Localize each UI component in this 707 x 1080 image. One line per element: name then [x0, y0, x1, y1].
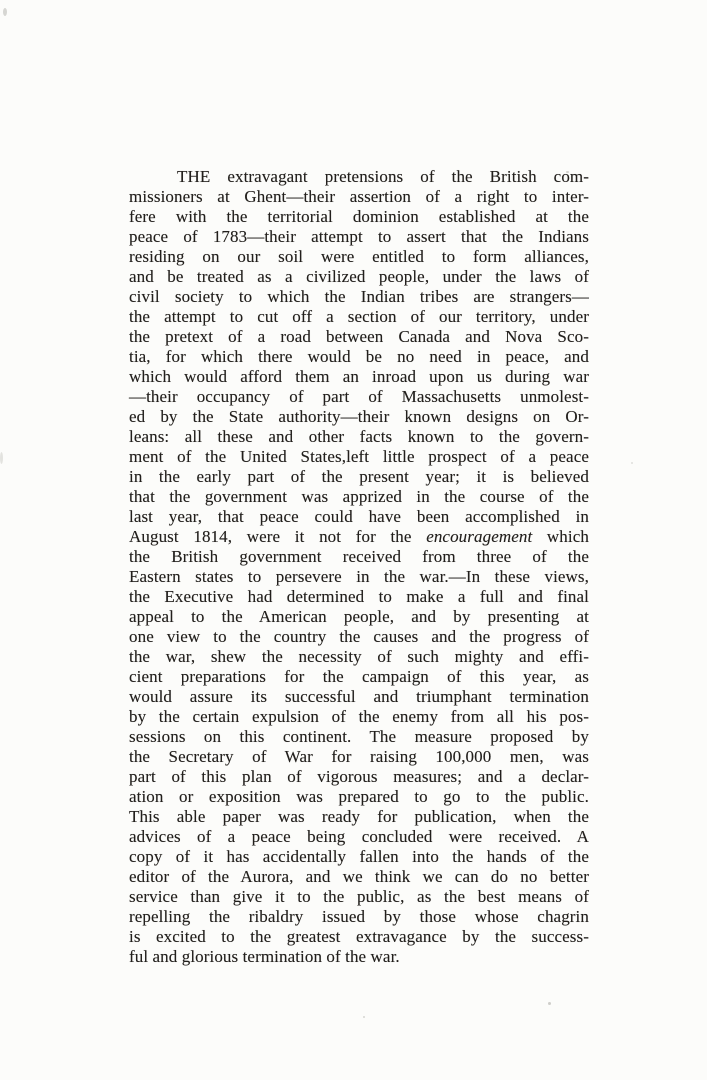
text-line: one view to the country the causes and t… [129, 627, 589, 647]
text-line: in the early part of the present year; i… [129, 467, 589, 487]
text-line: which would afford them an inroad upon u… [129, 367, 589, 387]
text-line: part of this plan of vigorous measures; … [129, 767, 589, 787]
text-line: advices of a peace being concluded were … [129, 827, 589, 847]
text-line: by the certain expulsion of the enemy fr… [129, 707, 589, 727]
text-line: sessions on this continent. The measure … [129, 727, 589, 747]
scan-noise-speck [0, 452, 3, 464]
text-line: —their occupancy of part of Massachusett… [129, 387, 589, 407]
text-line: the Executive had determined to make a f… [129, 587, 589, 607]
text-line: that the government was apprized in the … [129, 487, 589, 507]
text-line: ation or exposition was prepared to go t… [129, 787, 589, 807]
text-line: the British government received from thr… [129, 547, 589, 567]
text-line: August 1814, were it not for the encoura… [129, 527, 589, 547]
text-line: fere with the territorial dominion estab… [129, 207, 589, 227]
text-line: repelling the ribaldry issued by those w… [129, 907, 589, 927]
text-line: civil society to which the Indian tribes… [129, 287, 589, 307]
page-text: THE extravagant pretensions of the Briti… [129, 167, 589, 967]
text-line: the pretext of a road between Canada and… [129, 327, 589, 347]
text-line: appeal to the American people, and by pr… [129, 607, 589, 627]
text-line: missioners at Ghent—their assertion of a… [129, 187, 589, 207]
scan-noise-speck [3, 8, 7, 16]
scan-noise-speck [548, 1002, 551, 1005]
text-line: is excited to the greatest extravagance … [129, 927, 589, 947]
text-line: service than give it to the public, as t… [129, 887, 589, 907]
text-line: would assure its successful and triumpha… [129, 687, 589, 707]
text-line: copy of it has accidentally fallen into … [129, 847, 589, 867]
text-line: This able paper was ready for publicatio… [129, 807, 589, 827]
text-line: the Secretary of War for raising 100,000… [129, 747, 589, 767]
text-line: THE extravagant pretensions of the Briti… [129, 167, 589, 187]
text-line: tia, for which there would be no need in… [129, 347, 589, 367]
scanned-page: THE extravagant pretensions of the Briti… [0, 0, 707, 1080]
text-line: cient preparations for the campaign of t… [129, 667, 589, 687]
scan-noise-speck [631, 462, 633, 464]
text-line: last year, that peace could have been ac… [129, 507, 589, 527]
text-line: editor of the Aurora, and we think we ca… [129, 867, 589, 887]
text-line: ed by the State authority—their known de… [129, 407, 589, 427]
text-line: the war, shew the necessity of such migh… [129, 647, 589, 667]
text-line: ful and glorious termination of the war. [129, 947, 589, 967]
scan-noise-speck [363, 1016, 365, 1018]
text-line: and be treated as a civilized people, un… [129, 267, 589, 287]
text-line: peace of 1783—their attempt to assert th… [129, 227, 589, 247]
text-line: Eastern states to persevere in the war.—… [129, 567, 589, 587]
text-line: leans: all these and other facts known t… [129, 427, 589, 447]
text-line: residing on our soil were entitled to fo… [129, 247, 589, 267]
text-line: ment of the United States,left little pr… [129, 447, 589, 467]
text-line: the attempt to cut off a section of our … [129, 307, 589, 327]
